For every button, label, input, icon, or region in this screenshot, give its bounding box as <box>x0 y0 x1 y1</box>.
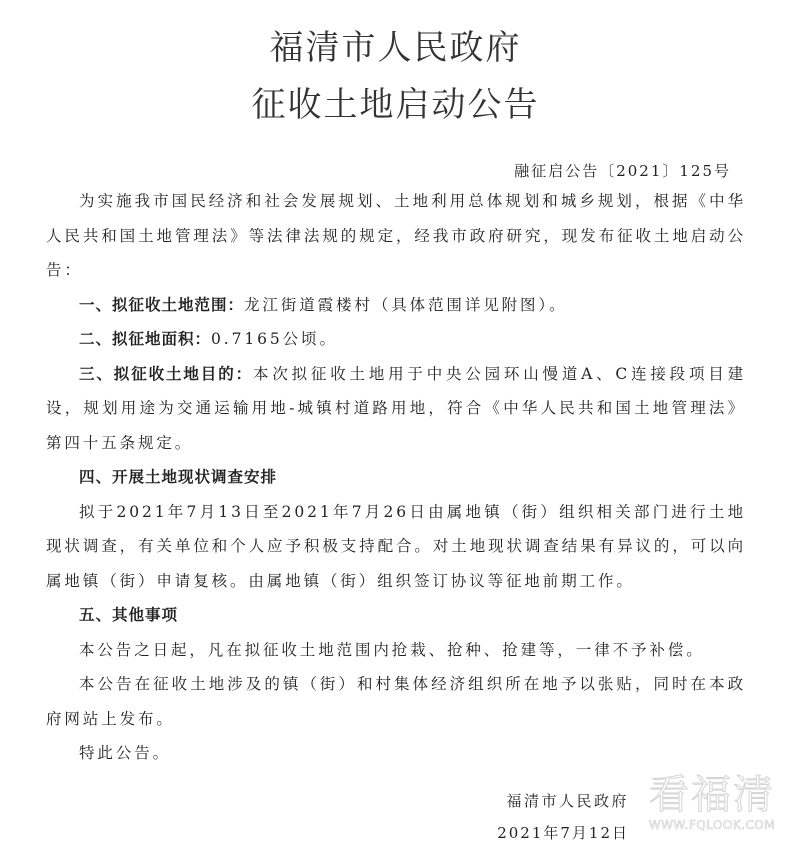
section-3-heading: 三、拟征收土地目的： <box>79 365 253 383</box>
document-title-line2: 征收土地启动公告 <box>0 85 791 125</box>
section-1: 一、拟征收土地范围：龙江街道霞楼村（具体范围详见附图）。 <box>46 288 746 323</box>
watermark-text: 看福清 <box>637 772 787 818</box>
section-2: 二、拟征地面积：0.7165公顷。 <box>46 322 746 357</box>
section-4-heading: 四、开展土地现状调查安排 <box>79 468 277 486</box>
section-5-heading: 五、其他事项 <box>79 606 178 624</box>
intro-paragraph: 为实施我市国民经济和社会发展规划、土地利用总体规划和城乡规划，根据《中华人民共和… <box>46 184 746 288</box>
survey-paragraph: 拟于2021年7月13日至2021年7月26日由属地镇（街）组织相关部门进行土地… <box>46 495 746 599</box>
document-number: 融征启公告〔2021〕125号 <box>514 160 731 181</box>
section-4: 四、开展土地现状调查安排 <box>46 460 746 495</box>
section-5: 五、其他事项 <box>46 598 746 633</box>
document-title-line1: 福清市人民政府 <box>0 28 791 68</box>
section-2-heading: 二、拟征地面积： <box>79 330 211 348</box>
signature-date: 2021年7月12日 <box>497 822 629 843</box>
signature-organization: 福清市人民政府 <box>506 790 629 811</box>
section-1-content: 龙江街道霞楼村（具体范围详见附图）。 <box>244 296 567 314</box>
section-1-heading: 一、拟征收土地范围： <box>79 296 244 314</box>
other-paragraph-1: 本公告之日起，凡在拟征收土地范围内抢栽、抢种、抢建等，一律不予补偿。 <box>46 633 746 668</box>
section-3: 三、拟征收土地目的：本次拟征收土地用于中央公园环山慢道A、C连接段项目建设，规划… <box>46 357 746 461</box>
section-2-content: 0.7165公顷。 <box>211 330 338 348</box>
watermark-url: WWW.FQLOOK.COM <box>637 818 787 832</box>
document-body: 为实施我市国民经济和社会发展规划、土地利用总体规划和城乡规划，根据《中华人民共和… <box>46 184 746 771</box>
other-paragraph-2: 本公告在征收土地涉及的镇（街）和村集体经济组织所在地予以张贴，同时在本政府网站上… <box>46 667 746 736</box>
closing-statement: 特此公告。 <box>46 736 746 771</box>
watermark-logo: 看福清 WWW.FQLOOK.COM <box>637 772 787 832</box>
